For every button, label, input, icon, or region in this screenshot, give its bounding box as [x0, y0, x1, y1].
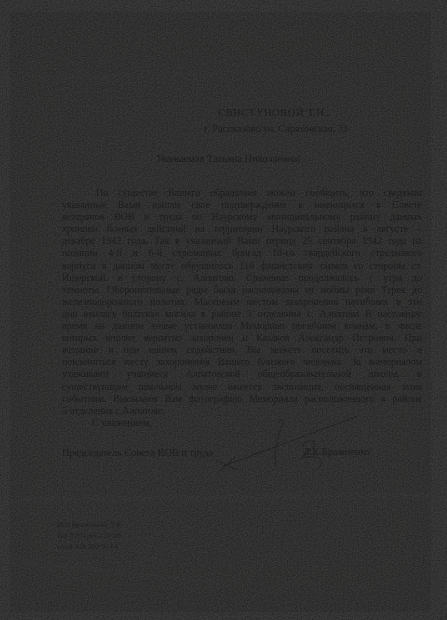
footer-executor: Исп Бражненко Л.К: [57, 519, 121, 530]
body-line: железнодорожного полотна. Массовым место…: [62, 297, 422, 309]
body-line: ухаживают учащиеся Алпатовской общеобраз…: [62, 369, 422, 381]
scan-area: СВИСТУНОВОЙ Т.Н.. г. Рассказово ул. Сара…: [10, 12, 431, 612]
salutation: Уважаемая Татьяна Николаевна!: [156, 154, 301, 165]
handwritten-signature-icon: [190, 396, 365, 481]
recipient-address: г. Рассказово ул. Саратовская, 31: [204, 124, 348, 135]
body-line: дни явилась братская могила в районе 5 о…: [62, 309, 422, 321]
footer-contact: Исп Бражненко Л.К тел 8 871 43 2 25 90 с…: [57, 519, 121, 552]
fold-crease: [0, 556, 225, 587]
body-line: декабре 1942 года. Так в указанный Вами …: [62, 236, 422, 248]
body-line: которых вполне вероятно захоронен и Каза…: [62, 333, 422, 345]
fold-crease: [10, 490, 431, 504]
body-line: указанные Вами нашли свое подтверждение …: [62, 200, 422, 212]
body-line: время на данном холме установлен Мемориа…: [62, 321, 422, 333]
footer-cellphone: сот.8 928 350 95 64: [57, 541, 121, 552]
fold-crease: [40, 69, 340, 81]
footer-phone: тел 8 871 43 2 25 90: [57, 530, 121, 541]
recipient-name: СВИСТУНОВОЙ Т.Н..: [218, 108, 331, 119]
body-line: желании и при нашем содействии, Вы может…: [62, 345, 422, 357]
scanned-letter-page: СВИСТУНОВОЙ Т.Н.. г. Рассказово ул. Сара…: [0, 0, 447, 620]
body-line: корпуса в данном месте обрушилось 110 фа…: [62, 261, 422, 273]
letter-body: По существу Вашего обращения можем сообщ…: [62, 188, 422, 418]
paper-edge-line: [238, 2, 443, 9]
closing: С уважением,: [92, 418, 152, 429]
body-line: ветеранов ВОВ и труда по Наурскому муниц…: [62, 212, 422, 224]
body-line: темноты. Оборонительные ряды были распол…: [62, 285, 422, 297]
body-line: существующем школьном музее имеется эксп…: [62, 382, 422, 394]
body-line: позиции 4-й и 6-й стрелковых бригад 10-г…: [62, 248, 422, 260]
body-line: Ищерской. в сторону с. Алпатово. Сражени…: [62, 273, 422, 285]
body-line: По существу Вашего обращения можем сообщ…: [62, 188, 422, 200]
body-line: поклониться месту захоронения Вашего бли…: [62, 357, 422, 369]
body-line: хроники боевых действий на территории На…: [62, 224, 422, 236]
